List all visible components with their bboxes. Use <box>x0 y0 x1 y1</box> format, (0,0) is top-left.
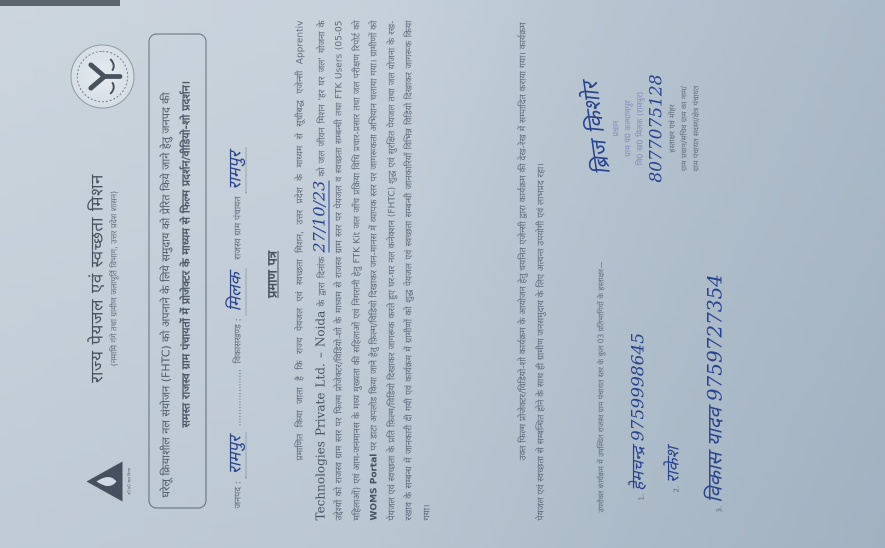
subject-line-1: घरेलू क्रियाशील नल संयोजन (FHTC) को अपना… <box>156 44 176 497</box>
certificate-body: प्रमाणित किया जाता है कि राज्य पेयजल एवं… <box>292 20 436 520</box>
pradhan-signature: ब्रिज किशोर <box>574 79 617 176</box>
svg-text:उ0 प्र0 जल निगम: उ0 प्र0 जल निगम <box>126 467 131 495</box>
panchayat-value: रामपुर <box>225 147 246 193</box>
signatory-block: ब्रिज किशोर प्रधान ग्राम पं0 कल्याणपुर व… <box>580 18 702 238</box>
event-date: 27/10/23 <box>309 180 329 252</box>
date-prefix: के द्वारा दिनांक <box>317 256 327 306</box>
seal-label: हस्ताक्षर एवं मोहर <box>666 18 678 238</box>
district-label: जनपद : <box>233 481 243 508</box>
woms-portal: WOMS Portal <box>369 453 379 520</box>
attendee-1-signature: हेमचन्द्र 9759998645 <box>628 332 648 490</box>
subject-box: घरेलू क्रियाशील नल संयोजन (FHTC) को अपना… <box>148 33 206 508</box>
stamp-line-2: ग्राम पं0 कल्याणपुर <box>622 18 634 238</box>
certificate-paragraph-2: उक्त फिल्म प्रोजेक्टर/विडियो-शो कार्यक्र… <box>515 20 550 520</box>
attendee-3-signature: विकास यादव 9759727354 <box>702 273 726 502</box>
document-subtitle: (नमामि गंगे तथा ग्रामीण जलापूर्ति विभाग,… <box>108 128 119 428</box>
block-label: विकासखण्ड : <box>233 318 243 363</box>
attendee-2: 2.राकेश <box>660 446 683 492</box>
attendees-intro: उपरोक्त कार्यक्रम में उपस्थित राजस्व ग्र… <box>595 212 607 512</box>
block-value: मिलक <box>225 268 246 315</box>
certificate-heading: प्रमाण पत्र <box>262 0 280 548</box>
attendee-2-signature: राकेश <box>663 446 683 482</box>
subject-line-2: समस्त राजस्व ग्राम पंचायतों में प्रोजेक्… <box>176 44 196 497</box>
certificate-page: उ0 प्र0 जल निगम राज्य पेयजल एवं स्वच्छता… <box>0 0 885 548</box>
panchayat-label: राजस्व ग्राम पंचायत <box>233 196 243 259</box>
role-line-1: ग्राम प्रधान/सचिव ग्राम का नाम/ <box>678 18 690 238</box>
role-line-2: ग्राम पंचायत सदस्य/क्षेत्र पंचायत <box>690 18 702 238</box>
up-state-emblem-icon <box>70 44 134 108</box>
district-value: रामपुर <box>225 432 246 478</box>
stamp-title: प्रधान <box>610 18 622 238</box>
body-intro: प्रमाणित किया जाता है कि राज्य पेयजल एवं… <box>295 20 305 520</box>
attendee-3: 3.विकास यादव 9759727354 <box>700 273 727 512</box>
body-end: पर डाटा अपलोड किया जाने हेतु फ़िल्म/विडि… <box>369 20 432 520</box>
company-name: Technologies Private Ltd. – Noida <box>313 310 327 520</box>
location-fields: जनपद : रामपुर .................... विकास… <box>222 28 245 508</box>
stamp-line-3: वि0 ख0 मिलक (रामपुर) <box>634 18 646 238</box>
document-title: राज्य पेयजल एवं स्वच्छता मिशन <box>84 128 107 428</box>
attendee-1: 1.हेमचन्द्र 9759998645 <box>625 332 648 500</box>
jal-nigam-logo-icon: उ0 प्र0 जल निगम <box>82 456 132 506</box>
pradhan-mobile: 8077075128 <box>646 18 666 238</box>
